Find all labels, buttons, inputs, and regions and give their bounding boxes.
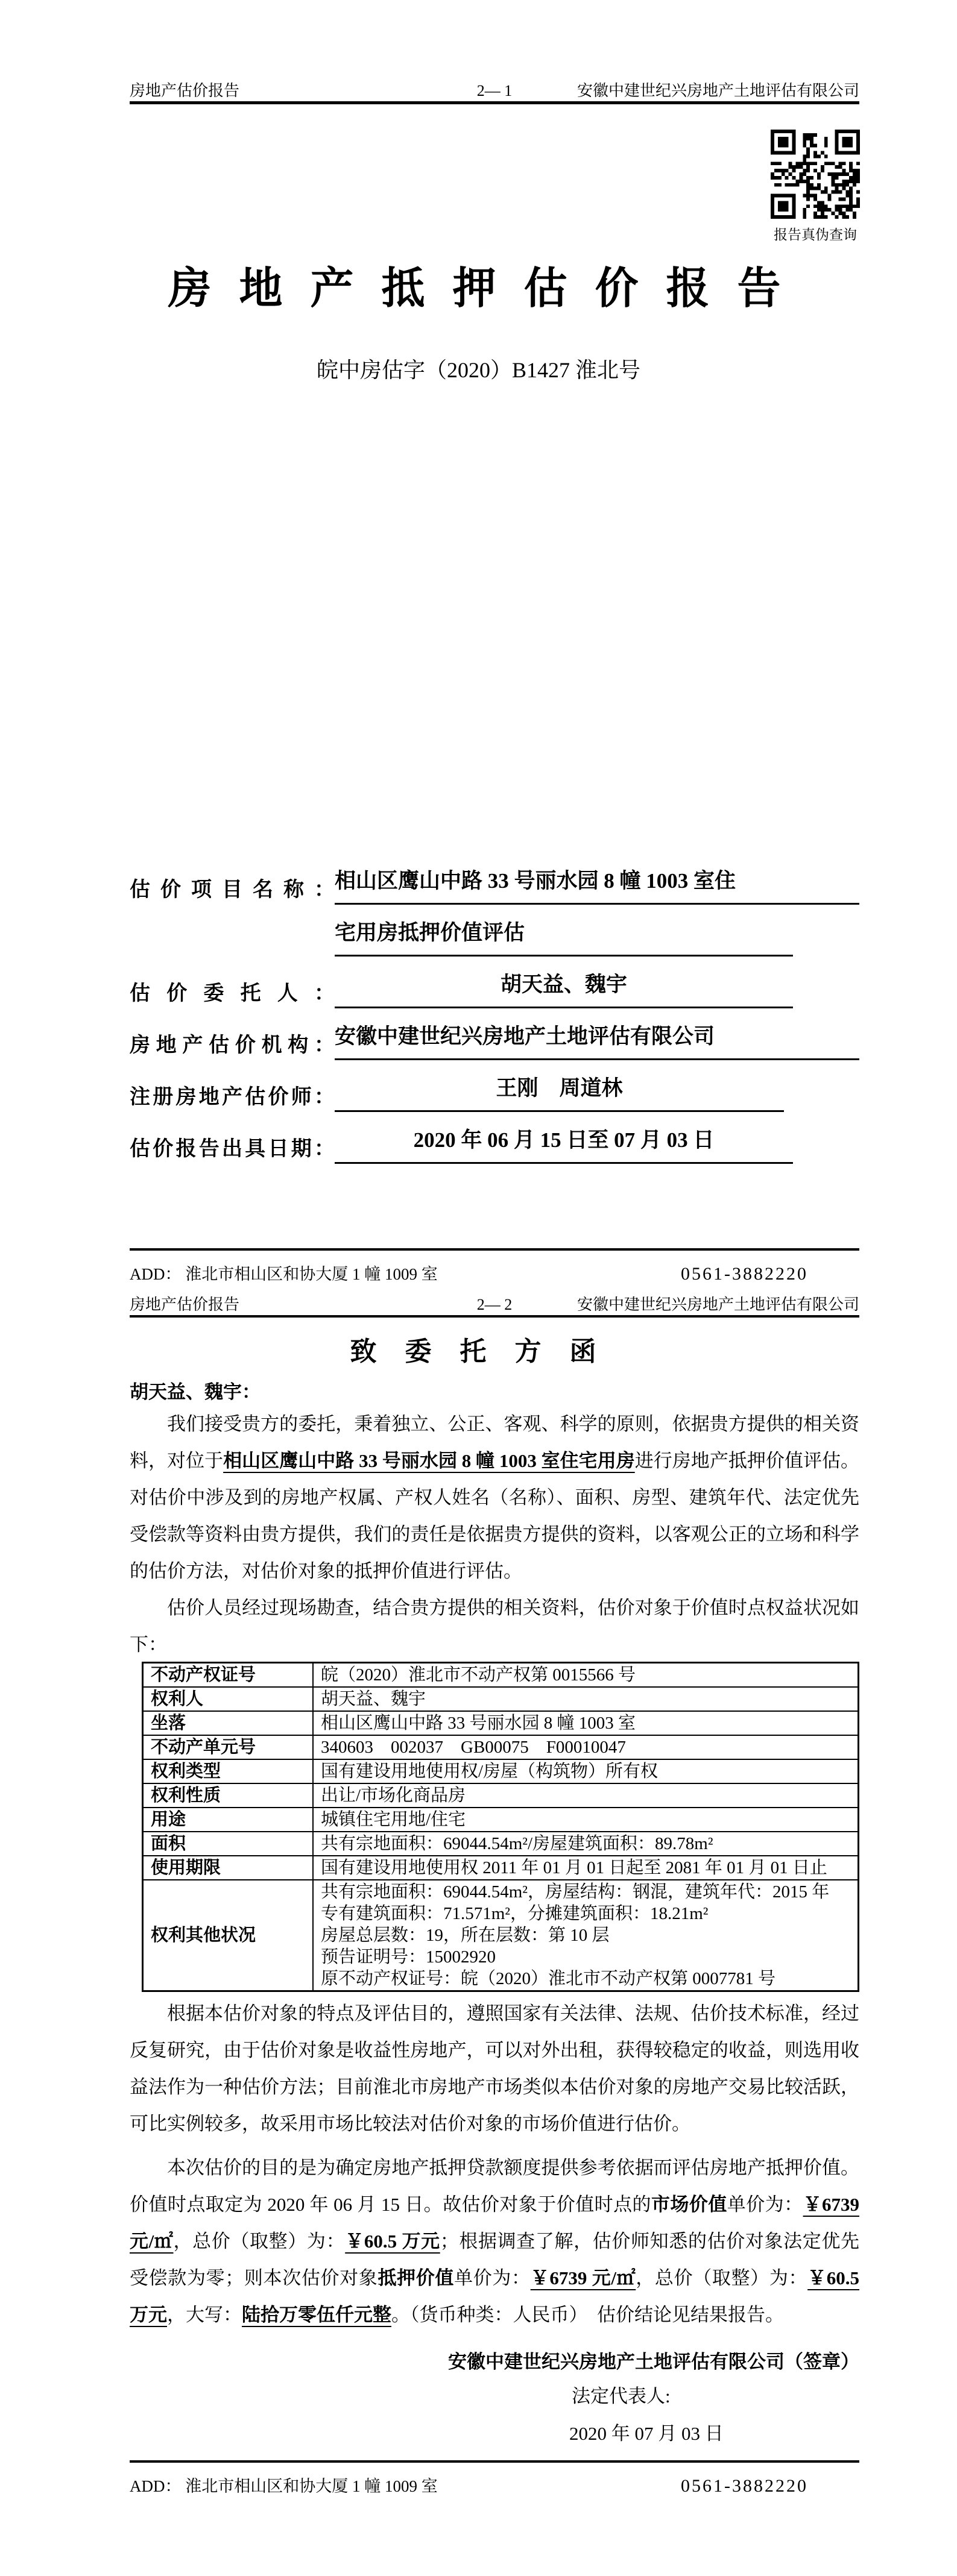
page2-header: 房地产估价报告 2— 2 安徽中建世纪兴房地产土地评估有限公司	[130, 1296, 859, 1314]
form-value-project-name: 相山区鹰山中路 33 号丽水园 8 幢 1003 室住	[335, 867, 859, 905]
table-row: 面积共有宗地面积：69044.54m²/房屋建筑面积：89.78m²	[143, 1832, 859, 1856]
page2-header-rule	[130, 1315, 859, 1318]
letter-paragraph-1: 我们接受贵方的委托，秉着独立、公正、客观、科学的原则，依据贵方提供的相关资料，对…	[130, 1406, 859, 1589]
form-value-appraisers: 王刚 周道林	[335, 1074, 784, 1112]
form-row-agency: 房地产估价机构： 安徽中建世纪兴房地产土地评估有限公司	[130, 1022, 859, 1060]
signature-company: 安徽中建世纪兴房地产土地评估有限公司（签章）	[448, 2346, 859, 2373]
row-value: 共有宗地面积：69044.54m²/房屋建筑面积：89.78m²	[313, 1832, 859, 1856]
page1-footer-rule	[130, 1248, 859, 1251]
row-label: 使用期限	[143, 1856, 314, 1880]
row-value: 340603 002037 GB00075 F00010047	[313, 1735, 859, 1759]
form-value-agency: 安徽中建世纪兴房地产土地评估有限公司	[335, 1022, 859, 1060]
qr-block: 报告真伪查询	[771, 130, 860, 243]
row-label: 权利人	[143, 1687, 314, 1711]
row-value: 国有建设用地使用权 2011 年 01 月 01 日起至 2081 年 01 月…	[313, 1856, 859, 1880]
form-row-issue-date: 估价报告出具日期： 2020 年 06 月 15 日至 07 月 03 日	[130, 1126, 859, 1164]
qr-code	[771, 130, 860, 219]
header-report-type: 房地产估价报告	[130, 82, 239, 100]
signature-date: 2020 年 07 月 03 日	[569, 2418, 724, 2445]
letter-greeting: 胡天益、魏宇：	[130, 1377, 261, 1404]
legal-representative-label: 法定代表人:	[572, 2381, 671, 2408]
letter-paragraph-4: 本次估价的目的是为确定房地产抵押贷款额度提供参考依据而评估房地产抵押价值。价值时…	[130, 2149, 859, 2333]
row-value: 胡天益、魏宇	[313, 1687, 859, 1711]
form-value-issue-date: 2020 年 06 月 15 日至 07 月 03 日	[335, 1126, 793, 1164]
row-label: 不动产权证号	[143, 1663, 314, 1688]
form-value-client: 胡天益、魏宇	[335, 970, 793, 1008]
table-row: 权利人胡天益、魏宇	[143, 1687, 859, 1711]
qr-caption: 报告真伪查询	[771, 224, 860, 243]
page1-header-rule	[130, 101, 859, 104]
form-row-client: 估价委托人： 胡天益、魏宇	[130, 970, 859, 1008]
footer-address: ADD： 淮北市相山区和协大厦 1 幢 1009 室	[130, 1261, 438, 1284]
rights-status-table: 不动产权证号皖（2020）淮北市不动产权第 0015566 号 权利人胡天益、魏…	[142, 1662, 859, 1992]
form-label-appraisers: 注册房地产估价师：	[130, 1083, 335, 1112]
form-value-project-name-cont: 宅用房抵押价值评估	[335, 919, 793, 957]
form-label-project-name: 估价项目名称：	[130, 876, 335, 905]
row-value: 皖（2020）淮北市不动产权第 0015566 号	[313, 1663, 859, 1688]
footer-phone: 0561-3882220	[681, 1264, 808, 1284]
table-row: 不动产权证号皖（2020）淮北市不动产权第 0015566 号	[143, 1663, 859, 1688]
report-title: 房 地 产 抵 押 估 价 报 告	[0, 253, 957, 316]
row-value: 相山区鹰山中路 33 号丽水园 8 幢 1003 室	[313, 1711, 859, 1735]
form-label-client: 估价委托人：	[130, 979, 335, 1008]
footer-address: ADD： 淮北市相山区和协大厦 1 幢 1009 室	[130, 2473, 438, 2496]
form-label-agency: 房地产估价机构：	[130, 1031, 335, 1060]
row-value: 出让/市场化商品房	[313, 1783, 859, 1808]
table-row: 使用期限国有建设用地使用权 2011 年 01 月 01 日起至 2081 年 …	[143, 1856, 859, 1880]
header-company-name: 安徽中建世纪兴房地产土地评估有限公司	[577, 82, 859, 100]
form-row-appraisers: 注册房地产估价师： 王刚 周道林	[130, 1074, 859, 1112]
table-row: 坐落相山区鹰山中路 33 号丽水园 8 幢 1003 室	[143, 1711, 859, 1735]
row-label: 用途	[143, 1808, 314, 1832]
table-row: 权利类型国有建设用地使用权/房屋（构筑物）所有权	[143, 1759, 859, 1783]
row-label: 权利类型	[143, 1759, 314, 1783]
letter-title: 致 委 托 方 函	[0, 1330, 957, 1368]
row-label: 面积	[143, 1832, 314, 1856]
header-company-name: 安徽中建世纪兴房地产土地评估有限公司	[577, 1296, 859, 1314]
page2-footer: ADD： 淮北市相山区和协大厦 1 幢 1009 室 0561-3882220	[130, 2473, 859, 2496]
table-row: 用途城镇住宅用地/住宅	[143, 1808, 859, 1832]
page1-header: 房地产估价报告 2— 1 安徽中建世纪兴房地产土地评估有限公司	[130, 82, 859, 100]
form-row-project-name: 估价项目名称： 相山区鹰山中路 33 号丽水园 8 幢 1003 室住	[130, 867, 859, 905]
form-row-project-name-cont: 宅用房抵押价值评估	[130, 919, 859, 957]
page1-footer: ADD： 淮北市相山区和协大厦 1 幢 1009 室 0561-3882220	[130, 1261, 859, 1284]
row-label: 坐落	[143, 1711, 314, 1735]
row-value: 共有宗地面积：69044.54m²，房屋结构：钢混，建筑年代：2015 年专有建…	[313, 1880, 859, 1991]
report-doc-number: 皖中房估字（2020）B1427 淮北号	[0, 353, 957, 384]
row-label: 不动产单元号	[143, 1735, 314, 1759]
header-report-type: 房地产估价报告	[130, 1296, 239, 1314]
page2-footer-rule	[130, 2460, 859, 2463]
table-row: 权利性质出让/市场化商品房	[143, 1783, 859, 1808]
row-label: 权利性质	[143, 1783, 314, 1808]
form-label-issue-date: 估价报告出具日期：	[130, 1135, 335, 1164]
letter-paragraph-3: 根据本估价对象的特点及评估目的，遵照国家有关法律、法规、估价技术标准，经过反复研…	[130, 1995, 859, 2142]
table-row: 权利其他状况共有宗地面积：69044.54m²，房屋结构：钢混，建筑年代：201…	[143, 1880, 859, 1991]
row-label: 权利其他状况	[143, 1880, 314, 1991]
row-value: 国有建设用地使用权/房屋（构筑物）所有权	[313, 1759, 859, 1783]
row-value: 城镇住宅用地/住宅	[313, 1808, 859, 1832]
table-row: 不动产单元号340603 002037 GB00075 F00010047	[143, 1735, 859, 1759]
letter-paragraph-2: 估价人员经过现场勘查，结合贵方提供的相关资料，估价对象于价值时点权益状况如下：	[130, 1589, 859, 1663]
footer-phone: 0561-3882220	[681, 2476, 808, 2496]
report-document: 房地产估价报告 2— 1 安徽中建世纪兴房地产土地评估有限公司 报告真伪查询 房…	[0, 0, 957, 2576]
